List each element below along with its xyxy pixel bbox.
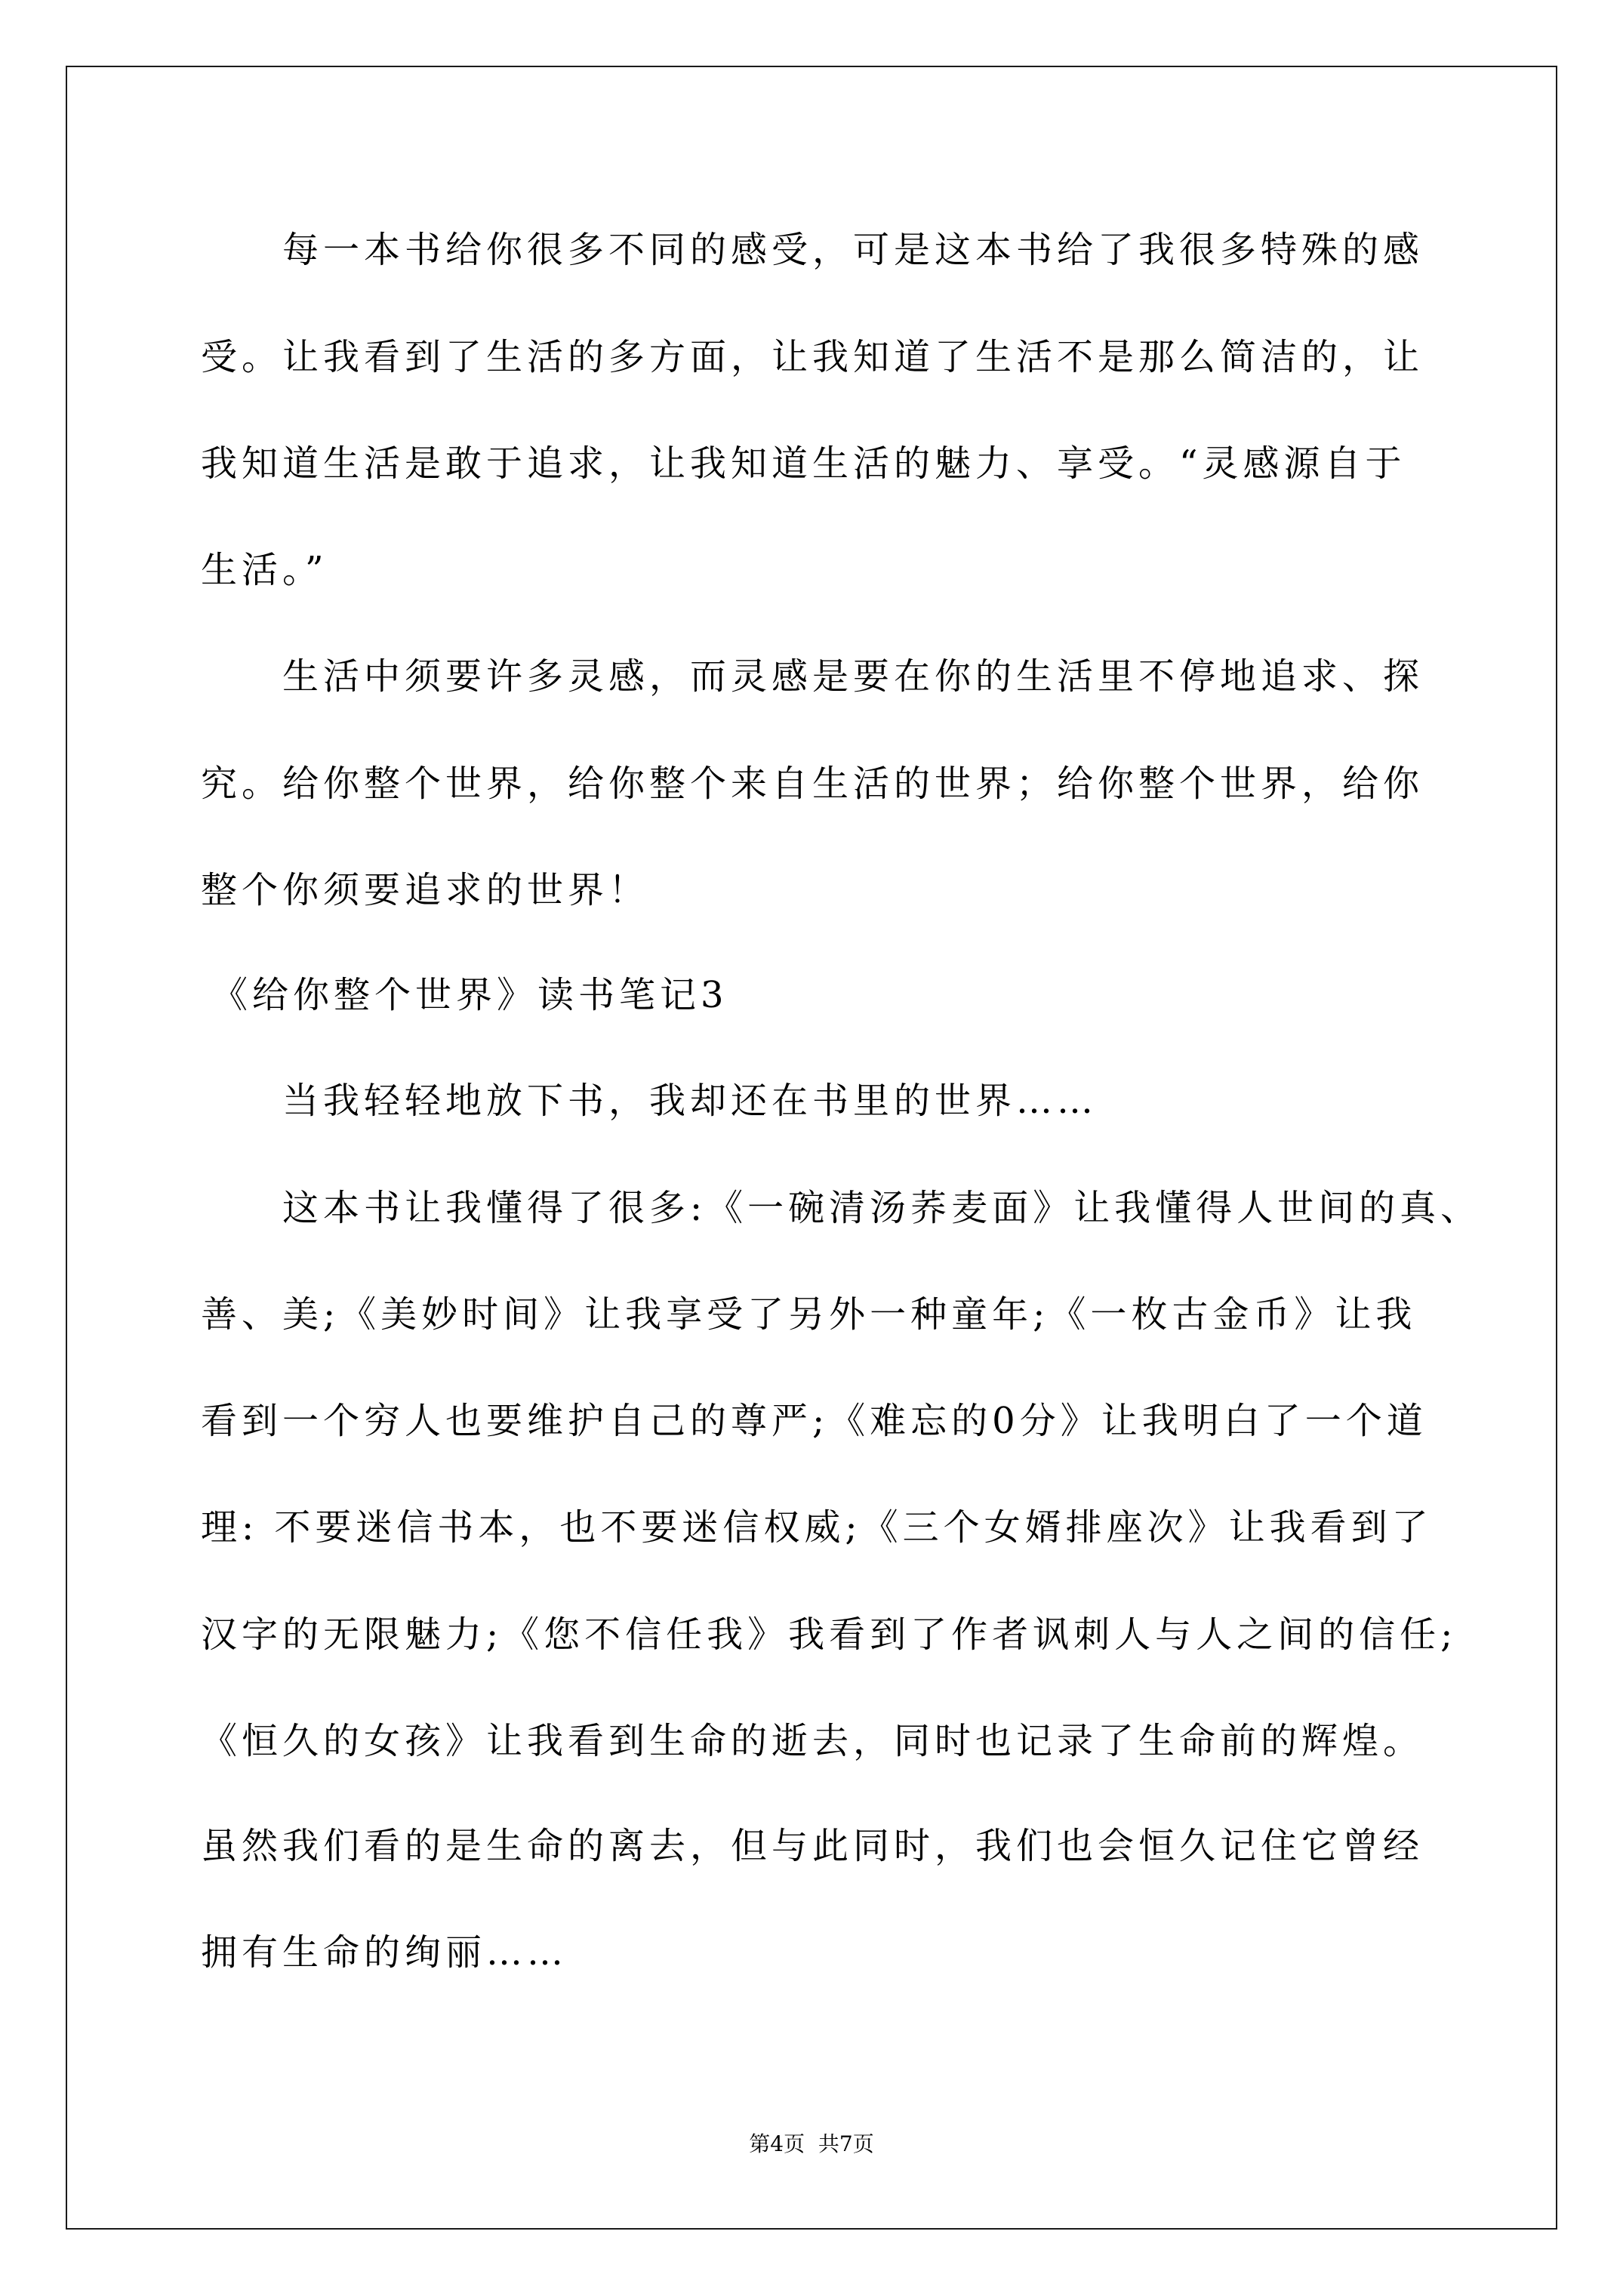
paragraph-line: 受。让我看到了生活的多方面，让我知道了生活不是那么简洁的，让 xyxy=(201,334,1424,380)
paragraph-line: 《恒久的女孩》让我看到生命的逝去，同时也记录了生命前的辉煌。 xyxy=(201,1718,1424,1764)
paragraph-line: 整个你须要追求的世界！ xyxy=(201,868,649,913)
paragraph-line: 虽然我们看的是生命的离去，但与此同时，我们也会恒久记住它曾经 xyxy=(201,1823,1424,1869)
paragraph-line: 当我轻轻地放下书，我却还在书里的世界…… xyxy=(282,1078,1098,1123)
paragraph-line: 汉字的无限魅力;《您不信任我》我看到了作者讽刺人与人之间的信任; xyxy=(201,1612,1457,1657)
paragraph-line: 每一本书给你很多不同的感受，可是这本书给了我很多特殊的感 xyxy=(282,227,1424,273)
paragraph-line: 生活中须要许多灵感，而灵感是要在你的生活里不停地追求、探 xyxy=(282,654,1424,699)
paragraph-line: 善、美;《美妙时间》让我享受了另外一种童年;《一枚古金币》让我 xyxy=(201,1292,1416,1337)
paragraph-line: 这本书让我懂得了很多:《一碗清汤荞麦面》让我懂得人世间的真、 xyxy=(282,1185,1481,1231)
page-number-footer: 第4页 共7页 xyxy=(0,2131,1623,2158)
paragraph-line: 我知道生活是敢于追求，让我知道生活的魅力、享受。“灵感源自于 xyxy=(201,441,1406,486)
section-heading: 《给你整个世界》读书笔记3 xyxy=(211,972,728,1018)
paragraph-line: 看到一个穷人也要维护自己的尊严;《难忘的0分》让我明白了一个道 xyxy=(201,1398,1427,1444)
paragraph-line: 理: 不要迷信书本，也不要迷信权威;《三个女婿排座次》让我看到了 xyxy=(201,1505,1433,1550)
page-frame xyxy=(66,66,1557,2230)
paragraph-line: 究。给你整个世界，给你整个来自生活的世界；给你整个世界，给你 xyxy=(201,761,1424,806)
paragraph-line: 拥有生命的绚丽…… xyxy=(201,1930,568,1975)
paragraph-line: 生活。” xyxy=(201,547,328,593)
